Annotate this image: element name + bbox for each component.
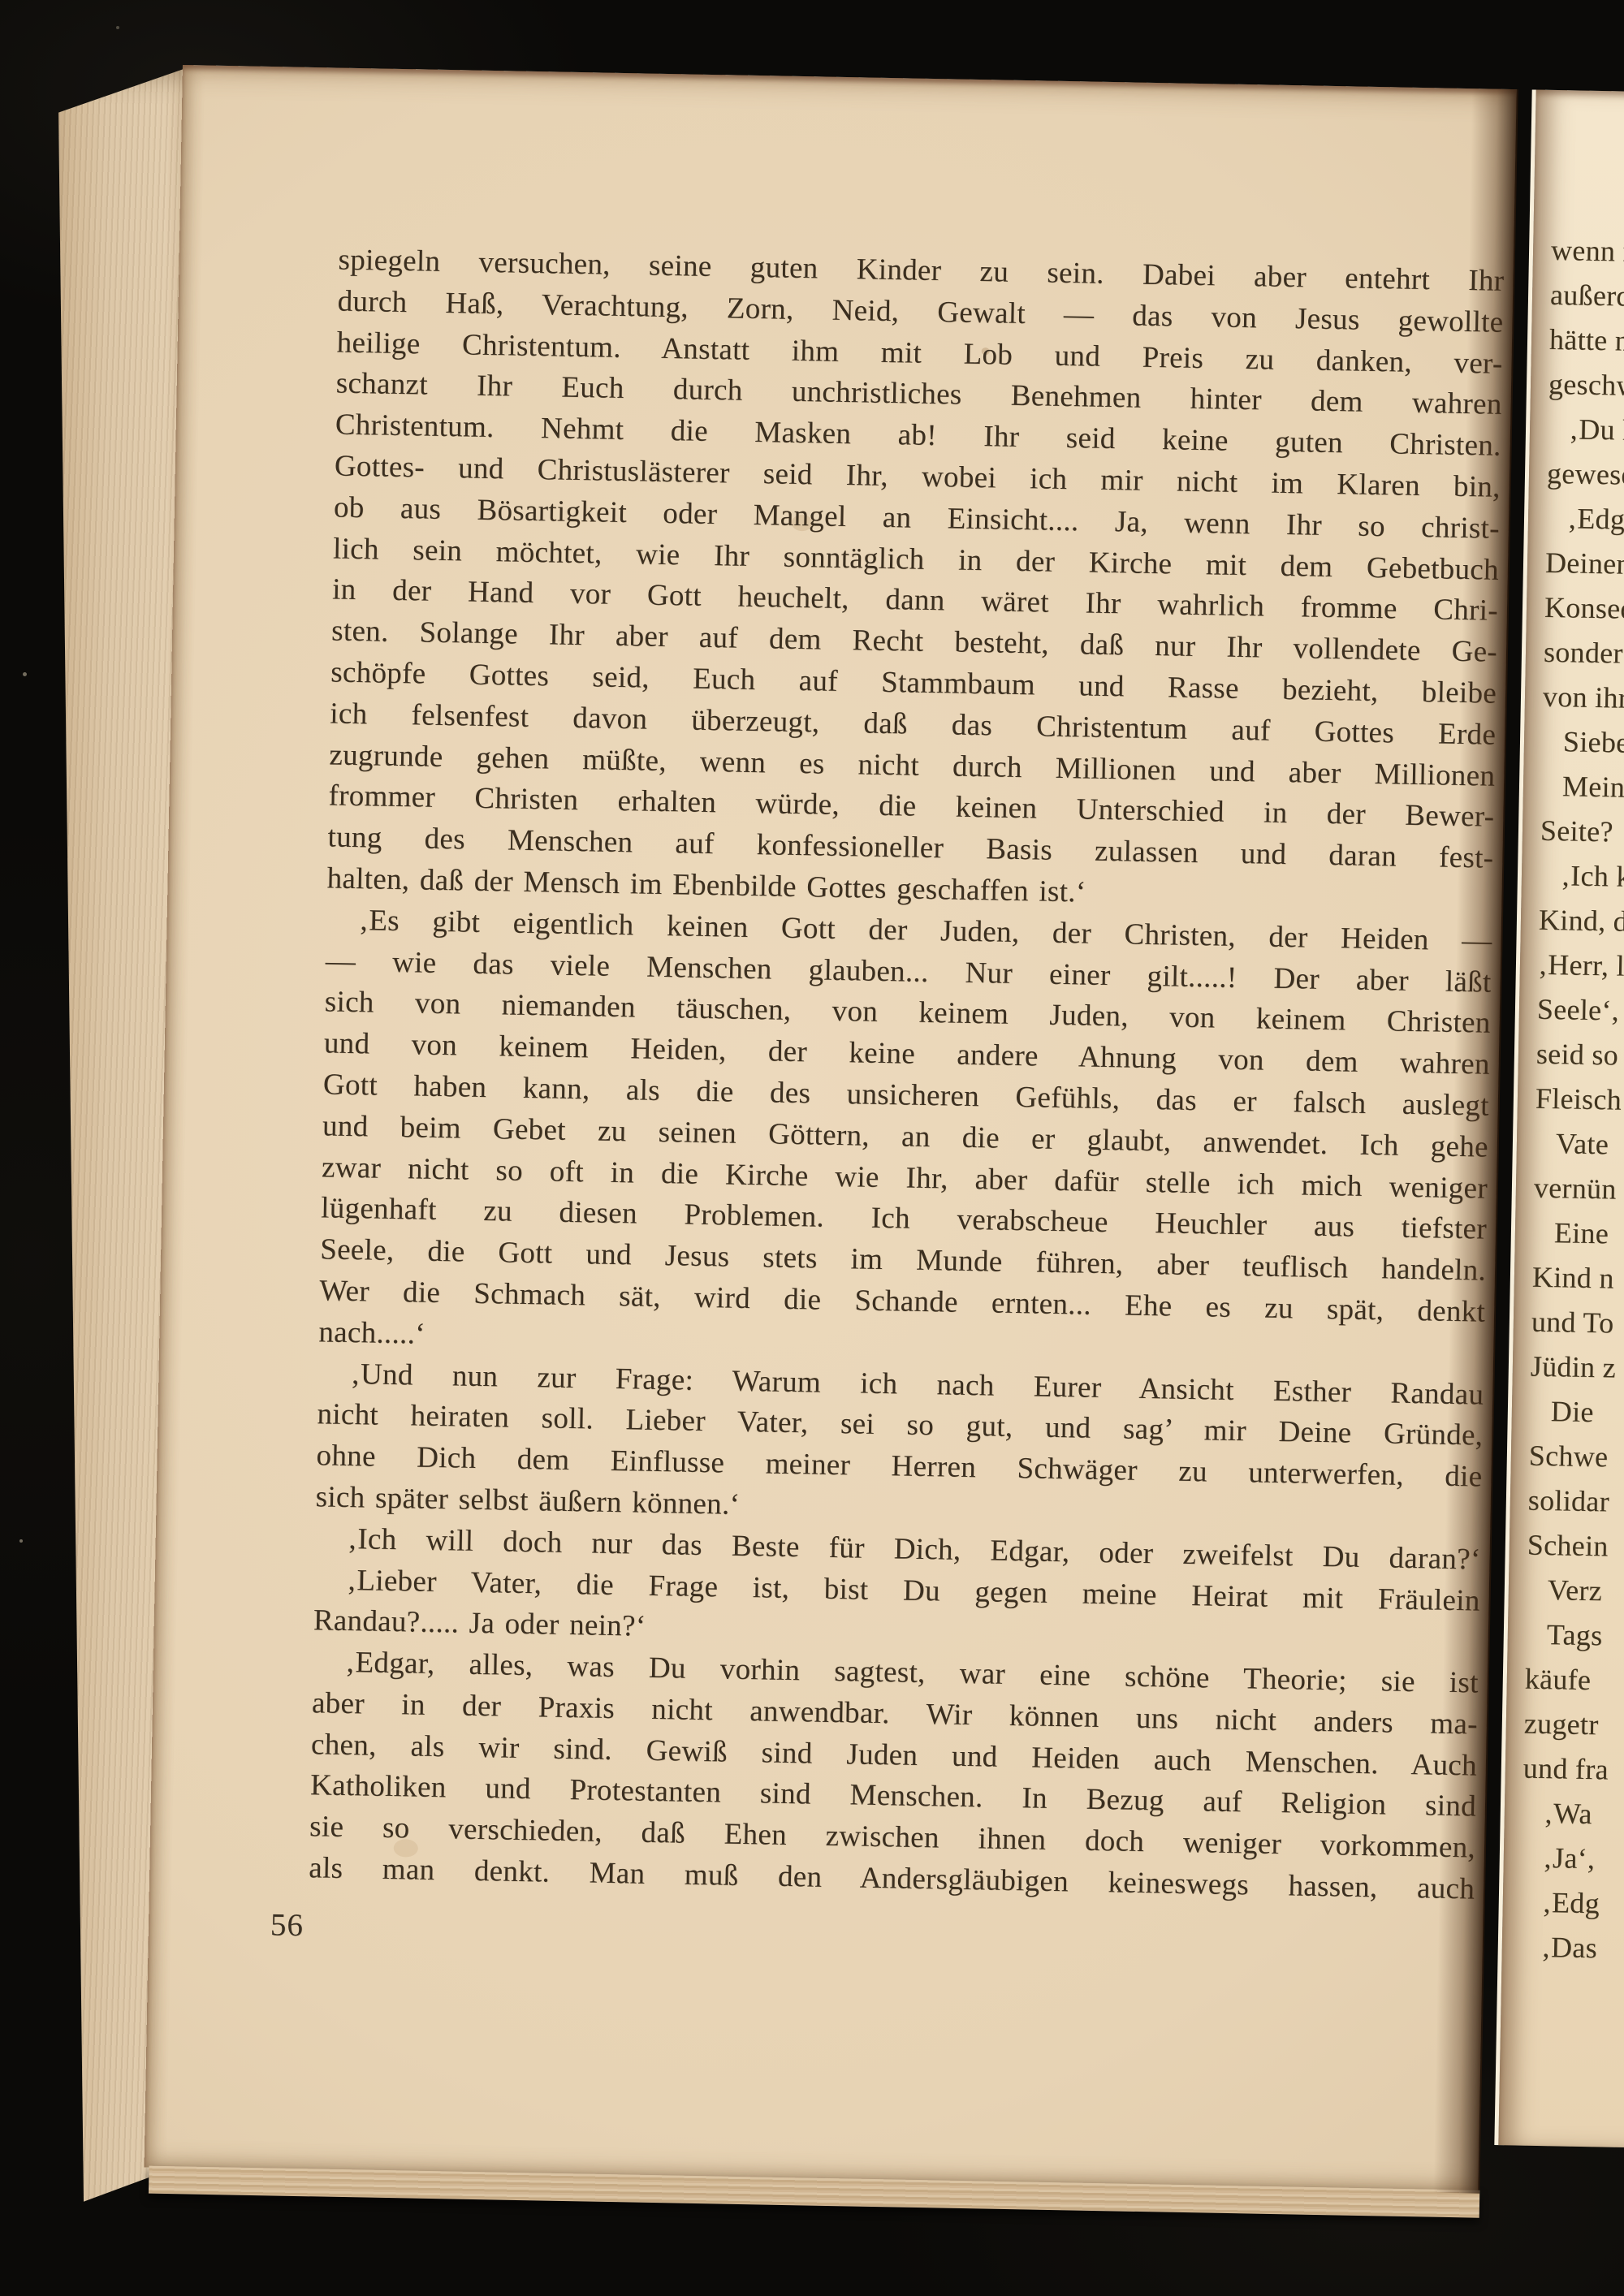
right-page-text-line: Meine xyxy=(1540,764,1624,814)
right-page-text: wenn maußerdehätte niegeschwe‚Du hagewes… xyxy=(1501,90,1624,1974)
dust-speck xyxy=(23,672,27,676)
right-page-text-line: ‚Herr, la xyxy=(1537,943,1624,992)
right-page-text-line: Schein xyxy=(1527,1523,1624,1573)
right-page-text-line: geschwe xyxy=(1548,362,1624,412)
right-page-text-line: und To xyxy=(1531,1300,1624,1349)
right-page-text-line: ‚Ich k xyxy=(1539,853,1624,903)
dust-speck xyxy=(116,26,119,29)
right-page-text-line: Vate xyxy=(1534,1121,1624,1171)
paragraph: spiegeln versuchen, seine guten Kinder z… xyxy=(326,240,1505,921)
paragraph: ‚Es gibt eigentlich keinen Gott der Jude… xyxy=(318,900,1492,1375)
right-page-text-line: ‚Du ha xyxy=(1548,407,1624,456)
page-number: 56 xyxy=(270,1906,304,1944)
right-page-text-line: Tags xyxy=(1525,1612,1624,1662)
right-page-text-line: Kind n xyxy=(1531,1255,1624,1305)
right-page-text-line: Schwe xyxy=(1528,1434,1624,1483)
dust-speck xyxy=(19,1539,23,1543)
right-page-text-line: ‚Wa xyxy=(1522,1791,1624,1841)
right-page-text-line: käufe xyxy=(1524,1657,1624,1707)
right-page-text-line: solidar xyxy=(1527,1478,1624,1528)
right-page-text-line: Siebe xyxy=(1542,719,1624,769)
right-page-text-line: Die xyxy=(1529,1389,1624,1439)
right-page-text-line: Jüdin z xyxy=(1530,1344,1624,1394)
right-page-text-line: ‚Edg xyxy=(1520,1880,1624,1930)
right-page-text-line: zugetr xyxy=(1523,1702,1624,1751)
right-page-text-line: außerde xyxy=(1550,273,1624,322)
right-page-text-line: gewesen xyxy=(1547,451,1624,501)
right-page-text-line: von ihr! xyxy=(1543,675,1624,724)
right-page-text-line: ‚Edga xyxy=(1546,496,1624,546)
book: spiegeln versuchen, seine guten Kinder z… xyxy=(143,65,1624,2286)
right-page-text-line: vernün xyxy=(1533,1166,1624,1215)
right-page-text-line: und fra xyxy=(1522,1746,1624,1796)
right-page-text-line: Konsequ xyxy=(1544,585,1624,635)
right-book-page: wenn maußerdehätte niegeschwe‚Du hagewes… xyxy=(1494,89,1624,2150)
right-page-text-line: hätte nie xyxy=(1549,317,1624,367)
left-book-page: spiegeln versuchen, seine guten Kinder z… xyxy=(145,65,1517,2192)
right-page-text-line: sonders xyxy=(1544,630,1624,680)
main-text-block: spiegeln versuchen, seine guten Kinder z… xyxy=(309,240,1505,1911)
right-page-text-line: seid so xyxy=(1535,1032,1624,1081)
right-page-text-line: Deinen xyxy=(1545,541,1624,590)
right-page-text-line: Fleisch xyxy=(1535,1077,1624,1126)
right-page-text-line: Seele‘, xyxy=(1536,987,1624,1037)
paragraph: ‚Edgar, alles, was Du vorhin sagtest, wa… xyxy=(309,1642,1479,1910)
right-page-text-line: Seite? xyxy=(1540,809,1624,858)
right-page-text-line: Verz xyxy=(1526,1568,1624,1617)
right-page-text-line: wenn m xyxy=(1551,228,1624,278)
right-page-text-line: ‚Ja‘, xyxy=(1521,1836,1624,1885)
right-page-text-line: ‚Das xyxy=(1519,1925,1624,1974)
paragraph: ‚Und nun zur Frage: Warum ich nach Eurer… xyxy=(315,1353,1484,1539)
right-page-text-line: Kind, d xyxy=(1538,898,1624,947)
right-page-text-line: Eine xyxy=(1532,1211,1624,1260)
